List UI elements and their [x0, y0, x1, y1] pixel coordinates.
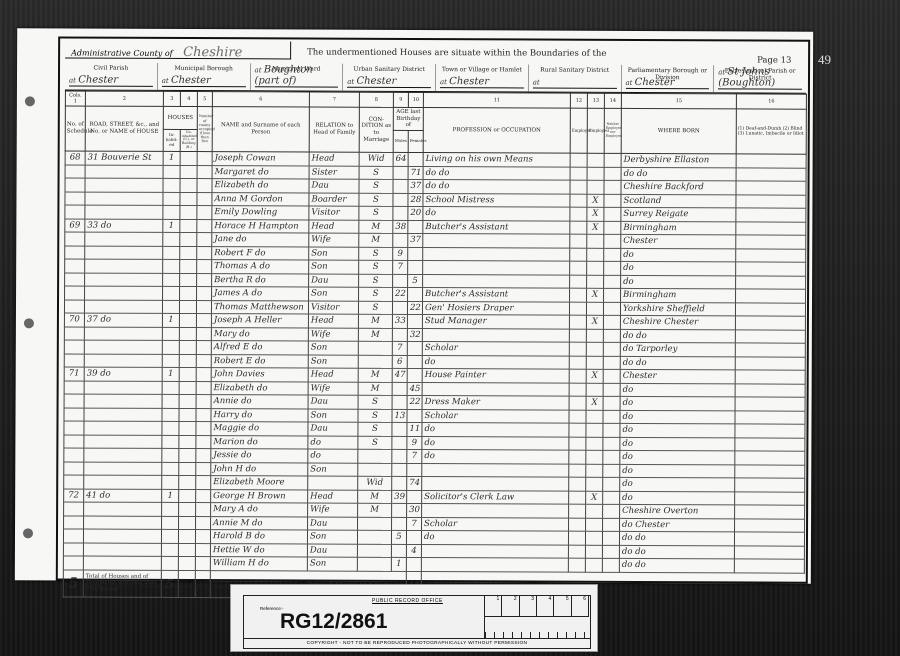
admin-county-label: Administrative County of — [71, 49, 173, 58]
cell-address — [84, 475, 162, 489]
header-infirmity: (1) Deaf-and-Dumb (2) Blind (3) Lunatic,… — [736, 109, 806, 154]
cell-occupation: do — [422, 436, 569, 450]
cell-employed — [585, 531, 602, 545]
census-table: Cols. 1 2 3 4 5 6 7 8 9 10 11 12 13 14 1… — [63, 90, 807, 600]
cell-address — [85, 232, 163, 246]
cell-address: 41 do — [84, 489, 162, 503]
cell-inhabited: 1 — [163, 151, 180, 165]
header-houses: HOUSES — [163, 106, 197, 129]
cell-address — [84, 516, 162, 530]
cell-birthplace: do do — [619, 545, 734, 559]
cell-birthplace: Scotland — [621, 194, 736, 208]
district-parliamentary: Parliamentary Borough or DivisionChester — [621, 65, 714, 92]
census-rows: 6831 Bouverie St1Joseph CowanHeadWid64Li… — [63, 151, 806, 573]
cell-employed — [586, 437, 603, 451]
cell-occupation: Scholar — [422, 409, 569, 423]
cell-male-age — [392, 422, 407, 436]
cell-schedule — [65, 286, 85, 300]
cell-female-age — [407, 409, 422, 423]
cell-relation: Wife — [308, 382, 358, 396]
cell-birthplace: do do — [621, 167, 736, 181]
cell-relation: Son — [308, 463, 358, 477]
cell-name: Mary A do — [211, 503, 308, 517]
cell-relation: Dau — [308, 422, 358, 436]
cell-inhabited — [162, 435, 179, 449]
cell-male-age — [392, 476, 407, 490]
cell-name: James A do — [212, 287, 309, 301]
cell-male-age: 1 — [391, 557, 406, 571]
cell-occupation — [422, 328, 569, 342]
cell-female-age: 4 — [406, 544, 421, 558]
cell-schedule — [65, 245, 85, 259]
cell-condition: S — [358, 436, 392, 450]
cell-schedule — [64, 353, 84, 367]
cell-condition: Wid — [359, 152, 393, 166]
cell-relation: Head — [309, 152, 359, 166]
cell-male-age — [392, 463, 407, 477]
cell-female-age — [406, 530, 421, 544]
cell-schedule: 71 — [64, 367, 84, 381]
cell-occupation: Dress Maker — [422, 396, 569, 410]
cell-address — [83, 529, 161, 543]
cell-inhabited — [162, 408, 179, 422]
cell-birthplace: Chester — [621, 234, 736, 248]
cell-address — [84, 502, 162, 516]
cell-employed — [587, 167, 604, 181]
cell-birthplace: do — [620, 410, 735, 424]
cell-name: John Davies — [211, 368, 308, 382]
cell-relation: Dau — [308, 517, 358, 531]
cell-occupation: Butcher's Assistant — [423, 288, 570, 302]
cell-condition: M — [358, 382, 392, 396]
cell-relation: Visitor — [308, 301, 358, 315]
cell-female-age: 37 — [408, 179, 423, 193]
cell-inhabited — [163, 259, 180, 273]
cell-employed: X — [586, 369, 603, 383]
cell-schedule — [65, 178, 85, 192]
cell-name: Elizabeth do — [212, 179, 309, 193]
reference-slip: PUBLIC RECORD OFFICE Reference:- RG12/28… — [230, 584, 598, 652]
cell-female-age — [408, 260, 423, 274]
cell-employed — [586, 383, 603, 397]
cell-inhabited — [163, 178, 180, 192]
cell-female-age — [408, 287, 423, 301]
cell-male-age — [393, 233, 408, 247]
cell-condition: S — [359, 179, 393, 193]
cell-occupation: Butcher's Assistant — [423, 220, 570, 234]
cell-inhabited — [163, 246, 180, 260]
cell-occupation — [423, 247, 570, 261]
cell-female-age — [407, 463, 422, 477]
punch-hole-icon — [25, 96, 35, 106]
cell-name: Robert E do — [211, 354, 308, 368]
cell-female-age — [407, 368, 422, 382]
cell-address — [85, 192, 163, 206]
cell-employed — [587, 261, 604, 275]
cell-female-age — [407, 490, 422, 504]
cell-birthplace: do do — [619, 531, 734, 545]
cell-female-age: 30 — [407, 503, 422, 517]
cell-condition: M — [358, 490, 392, 504]
cell-schedule: 72 — [64, 488, 84, 502]
cell-schedule: 70 — [64, 313, 84, 327]
cell-schedule — [64, 421, 84, 435]
cell-occupation: do — [421, 531, 568, 545]
district-urban-sanitary: Urban Sanitary DistrictChester — [343, 64, 436, 91]
cell-schedule — [65, 259, 85, 273]
cell-inhabited — [162, 475, 179, 489]
cell-address — [85, 178, 163, 192]
cell-inhabited: 1 — [162, 313, 179, 327]
district-rural-sanitary: Rural Sanitary District — [529, 64, 622, 91]
sheet-number: 49 — [818, 52, 831, 68]
cell-male-age — [393, 193, 408, 207]
cell-female-age: 71 — [408, 166, 423, 180]
census-page: Administrative County of Cheshire The un… — [15, 28, 813, 583]
cell-occupation: Living on his own Means — [423, 153, 570, 167]
cell-address: 37 do — [84, 313, 162, 327]
header-age: AGE last Birthday of — [393, 107, 423, 130]
cell-employed — [586, 329, 603, 343]
cell-birthplace: do do — [619, 558, 734, 572]
cell-inhabited — [163, 273, 180, 287]
cell-birthplace: do — [620, 491, 735, 505]
cell-schedule — [63, 542, 83, 556]
cell-name: Jane do — [212, 233, 309, 247]
cell-male-age — [392, 503, 407, 517]
header-age-males: Males — [393, 130, 408, 152]
cell-female-age: 28 — [408, 193, 423, 207]
cell-female-age — [407, 355, 422, 369]
cell-address — [84, 448, 162, 462]
cell-schedule — [64, 461, 84, 475]
header-address: ROAD, STREET, &c., and No. or NAME of HO… — [85, 106, 163, 151]
cell-relation: do — [308, 436, 358, 450]
cell-name: Harry do — [211, 408, 308, 422]
cell-birthplace: Cheshire Backford — [621, 180, 736, 194]
cell-occupation: House Painter — [422, 369, 569, 383]
cell-schedule — [64, 340, 84, 354]
cell-employed: X — [586, 491, 603, 505]
cell-relation: Head — [308, 314, 358, 328]
cell-birthplace: do Chester — [620, 518, 735, 532]
cell-male-age — [391, 544, 406, 558]
cell-condition: M — [358, 368, 392, 382]
cell-female-age — [407, 314, 422, 328]
cell-relation: Son — [309, 287, 359, 301]
cell-condition: S — [358, 409, 392, 423]
record-office-label: PUBLIC RECORD OFFICE — [372, 598, 443, 604]
cell-occupation — [421, 558, 568, 572]
cell-address — [84, 462, 162, 476]
cell-relation: Son — [308, 341, 358, 355]
header-employed: Employed — [587, 108, 604, 153]
cell-employed — [586, 410, 603, 424]
cell-name: Thomas A do — [212, 260, 309, 274]
cell-birthplace: do — [620, 477, 735, 491]
cell-condition: S — [359, 260, 393, 274]
cell-inhabited: 1 — [163, 219, 180, 233]
cell-male-age: 64 — [393, 152, 408, 166]
header-inhabited: In-habit-ed — [163, 129, 180, 151]
cell-birthplace: Birmingham — [621, 221, 736, 235]
cell-name: Margaret do — [212, 165, 309, 179]
document-reference: RG12/2861 — [280, 610, 387, 634]
cell-address — [84, 327, 162, 341]
cell-inhabited — [161, 529, 178, 543]
cell-condition: S — [359, 206, 393, 220]
cell-address — [85, 205, 163, 219]
cell-employed: X — [587, 288, 604, 302]
cell-inhabited — [161, 543, 178, 557]
cell-male-age: 13 — [392, 409, 407, 423]
cell-address — [85, 259, 163, 273]
cell-condition: M — [358, 503, 392, 517]
cell-inhabited — [163, 205, 180, 219]
cell-male-age: 6 — [392, 355, 407, 369]
cell-relation: Dau — [308, 395, 358, 409]
cell-occupation: do — [422, 450, 569, 464]
cell-birthplace: Chester — [620, 369, 735, 383]
cell-address — [85, 246, 163, 260]
cell-female-age: 74 — [407, 476, 422, 490]
cell-occupation: do do — [423, 180, 570, 194]
cell-name: George H Brown — [211, 489, 308, 503]
header-condition: CON-DITION as to Marriage — [359, 107, 393, 152]
cell-birthplace: do — [620, 450, 735, 464]
cell-name: Horace H Hampton — [212, 219, 309, 233]
cell-employed: X — [586, 315, 603, 329]
cell-inhabited — [162, 381, 179, 395]
cell-birthplace: do — [621, 248, 736, 262]
cell-birthplace: Surrey Reigate — [621, 207, 736, 221]
cell-name: Alfred E do — [211, 341, 308, 355]
cell-relation: Head — [308, 490, 358, 504]
header-relation: RELATION to Head of Family — [309, 107, 359, 152]
cell-employed — [587, 275, 604, 289]
cell-female-age: 11 — [407, 422, 422, 436]
cell-address — [84, 300, 162, 314]
cell-name: Thomas Matthewson — [211, 300, 308, 314]
cell-male-age: 33 — [392, 314, 407, 328]
cell-occupation: Solicitor's Clerk Law — [422, 490, 569, 504]
cell-birthplace: Derbyshire Ellaston — [621, 153, 736, 167]
cell-occupation — [423, 261, 570, 275]
cell-female-age — [408, 220, 423, 234]
cell-name: Maggie do — [211, 422, 308, 436]
cell-male-age: 47 — [392, 368, 407, 382]
cell-inhabited — [162, 327, 179, 341]
cell-schedule — [64, 502, 84, 516]
cell-condition: S — [358, 395, 392, 409]
admin-county-value: Cheshire — [183, 45, 242, 60]
cell-male-age — [393, 166, 408, 180]
cell-employed — [586, 342, 603, 356]
header-uninhabited: Un-inhabited (U.), or Building (B.) — [180, 129, 197, 151]
cell-female-age: 5 — [408, 274, 423, 288]
cell-address: 39 do — [84, 367, 162, 381]
cell-schedule: 69 — [65, 218, 85, 232]
cell-address: 31 Bouverie St — [85, 151, 163, 165]
total-schedules: 5 — [63, 569, 83, 596]
cell-condition: S — [359, 287, 393, 301]
punch-hole-icon — [23, 528, 33, 538]
cell-address — [84, 394, 162, 408]
cell-schedule — [64, 407, 84, 421]
cell-male-age — [393, 206, 408, 220]
cell-male-age — [392, 436, 407, 450]
cell-employed — [587, 234, 604, 248]
header-rooms: Number of rooms occupied if less than fi… — [197, 107, 212, 152]
cell-name: Jessie do — [211, 449, 308, 463]
cell-male-age: 38 — [393, 220, 408, 234]
cell-birthplace: do — [620, 464, 735, 478]
cell-occupation: do do — [423, 166, 570, 180]
cell-employed — [585, 558, 602, 572]
cell-name: Annie M do — [211, 516, 308, 530]
cell-employed — [586, 504, 603, 518]
cell-inhabited — [163, 192, 180, 206]
cell-occupation — [422, 463, 569, 477]
header-birthplace: WHERE BORN — [621, 108, 736, 154]
cell-occupation: School Mistress — [423, 193, 570, 207]
cell-birthplace: do do — [620, 356, 735, 370]
cell-occupation — [423, 274, 570, 288]
cell-inhabited — [163, 286, 180, 300]
cell-schedule — [63, 529, 83, 543]
cell-employed — [586, 423, 603, 437]
cell-condition — [358, 517, 392, 531]
districts-row: Civil ParishChester Municipal BoroughChe… — [65, 62, 806, 93]
cell-relation: Wife — [308, 328, 358, 342]
cell-birthplace: do — [620, 383, 735, 397]
district-ecclesiastical: Ecclesiastical Parish or DistrictSt John… — [714, 65, 806, 92]
cell-schedule — [65, 232, 85, 246]
cell-inhabited — [162, 354, 179, 368]
cell-male-age — [392, 395, 407, 409]
cell-employed — [586, 356, 603, 370]
cell-female-age: 9 — [407, 436, 422, 450]
cell-relation: Son — [309, 260, 359, 274]
cell-employed — [586, 477, 603, 491]
cell-occupation: do — [422, 423, 569, 437]
copyright-notice: COPYRIGHT - NOT TO BE REPRODUCED PHOTOGR… — [244, 638, 590, 648]
cell-female-age — [408, 152, 423, 166]
cell-female-age: 20 — [408, 206, 423, 220]
cell-schedule — [63, 556, 83, 570]
cell-male-age: 22 — [393, 287, 408, 301]
cell-occupation — [421, 544, 568, 558]
cell-employed — [586, 302, 603, 316]
cell-address — [84, 381, 162, 395]
cell-relation: Son — [308, 355, 358, 369]
cell-address — [85, 286, 163, 300]
cell-inhabited: 1 — [162, 367, 179, 381]
cell-relation: Sister — [309, 166, 359, 180]
cell-birthplace: Yorkshire Sheffield — [620, 302, 735, 316]
cell-birthplace: Cheshire Chester — [620, 315, 735, 329]
cell-schedule — [65, 272, 85, 286]
cell-schedule: 68 — [65, 151, 85, 165]
cell-schedule — [64, 515, 84, 529]
cell-relation: Dau — [307, 544, 357, 558]
cell-schedule — [64, 326, 84, 340]
cell-inhabited — [162, 340, 179, 354]
cell-name: Hettie W do — [210, 543, 307, 557]
cell-inhabited — [163, 232, 180, 246]
cell-birthplace: do — [620, 437, 735, 451]
cell-name: Harold B do — [210, 530, 307, 544]
cell-relation: do — [308, 449, 358, 463]
cell-relation: Head — [308, 368, 358, 382]
cell-schedule — [65, 191, 85, 205]
header-schedule: No. of Schedule — [65, 106, 85, 151]
cell-male-age — [393, 179, 408, 193]
cell-employed — [586, 464, 603, 478]
intro-text: The undermentioned Houses are situate wi… — [307, 48, 606, 59]
cell-male-age: 5 — [391, 530, 406, 544]
cell-name: Elizabeth do — [211, 381, 308, 395]
cell-inhabited — [163, 165, 180, 179]
cell-male-age — [392, 517, 407, 531]
cell-male-age — [392, 449, 407, 463]
cell-female-age — [408, 247, 423, 261]
administrative-county: Administrative County of Cheshire — [65, 40, 291, 59]
cell-occupation: Scholar — [422, 517, 569, 531]
cell-condition — [357, 530, 391, 544]
cell-relation: Dau — [309, 274, 359, 288]
cell-address — [83, 556, 161, 570]
cell-name: Elizabeth Moore — [211, 476, 308, 490]
cell-address — [84, 421, 162, 435]
cell-address — [84, 435, 162, 449]
header-employer: Employer — [570, 108, 587, 153]
cell-condition — [357, 557, 391, 571]
cell-employed: X — [586, 396, 603, 410]
cell-employed — [587, 248, 604, 262]
cell-relation: Son — [308, 409, 358, 423]
cell-male-age: 7 — [392, 341, 407, 355]
cell-relation: Wife — [308, 503, 358, 517]
cell-female-age: 37 — [408, 233, 423, 247]
cell-condition — [358, 341, 392, 355]
cell-relation — [308, 476, 358, 490]
cell-inhabited — [162, 394, 179, 408]
cell-condition: M — [359, 233, 393, 247]
cell-condition: S — [358, 301, 392, 315]
district-municipal-ward: Municipal WardBoughton (part of) — [250, 63, 343, 90]
cell-birthplace: Cheshire Overton — [620, 504, 735, 518]
cell-condition — [358, 463, 392, 477]
cell-male-age: 39 — [392, 490, 407, 504]
cell-relation: Head — [309, 220, 359, 234]
cell-condition: Wid — [358, 476, 392, 490]
cell-condition: M — [359, 220, 393, 234]
cell-schedule — [65, 164, 85, 178]
cell-relation: Son — [309, 247, 359, 261]
cell-name: Mary do — [211, 327, 308, 341]
cell-relation: Dau — [309, 179, 359, 193]
cell-female-age: 7 — [407, 449, 422, 463]
cell-female-age: 45 — [407, 382, 422, 396]
cell-relation: Son — [307, 530, 357, 544]
cell-name: Annie do — [211, 395, 308, 409]
cell-name: Marion do — [211, 435, 308, 449]
header-name: NAME and Surname of each Person — [212, 107, 309, 152]
cell-relation: Boarder — [309, 193, 359, 207]
cell-occupation: do — [423, 207, 570, 221]
cell-address — [84, 340, 162, 354]
